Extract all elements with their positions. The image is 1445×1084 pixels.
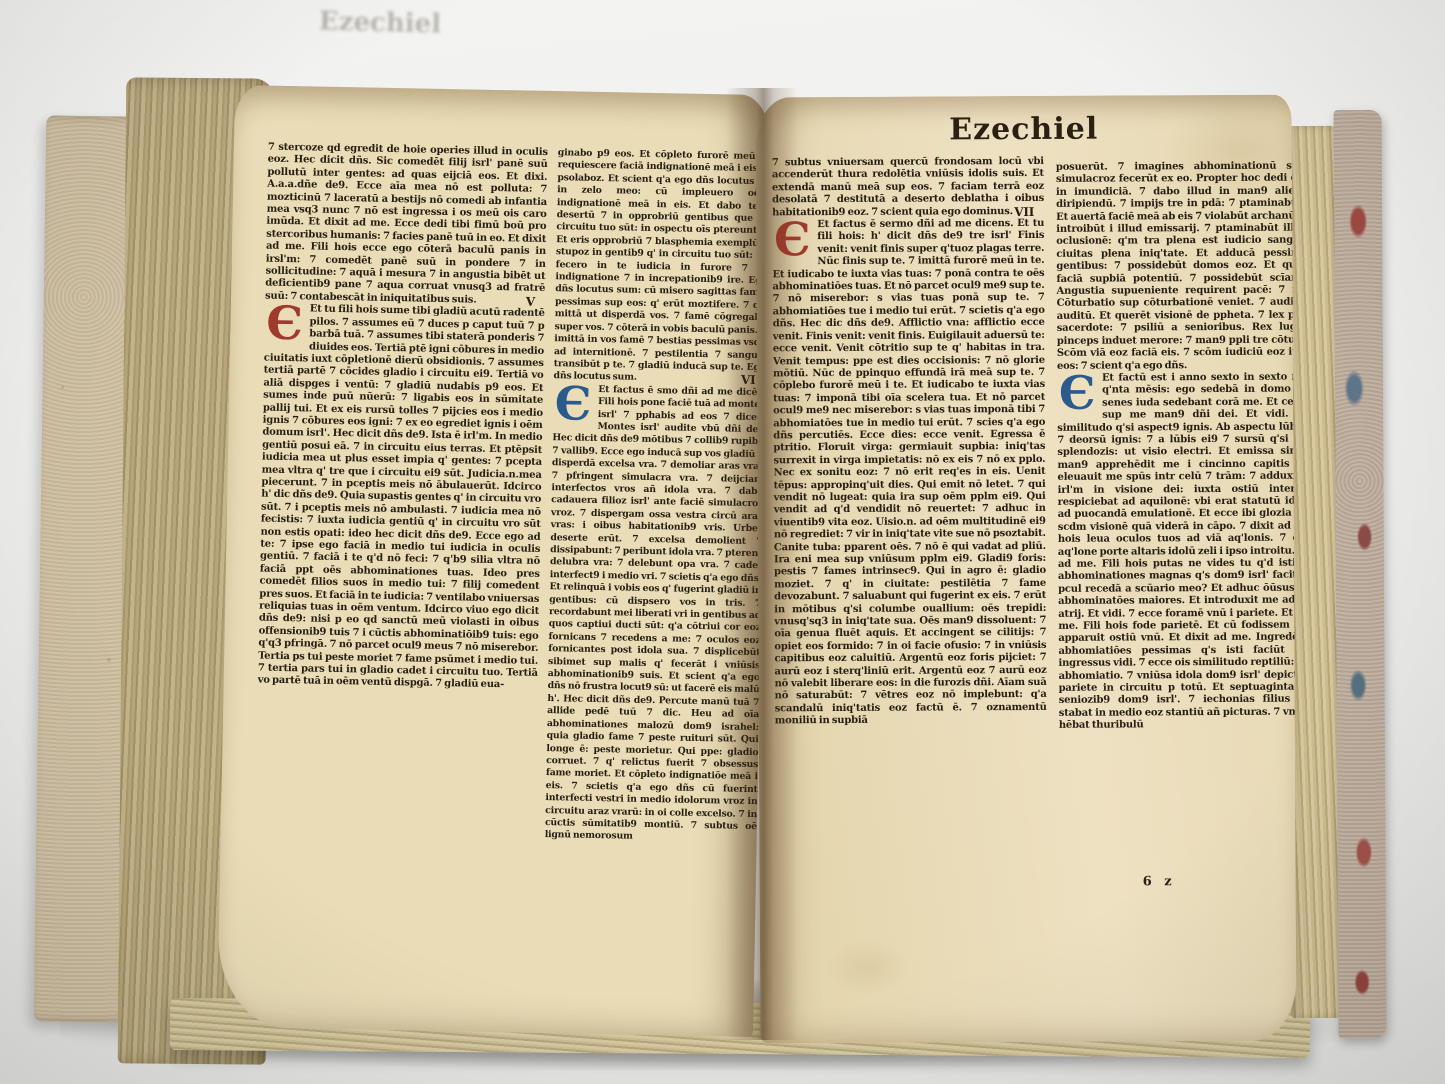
lombard-initial-blue-e: Є <box>1057 374 1097 412</box>
body-text-ezechiel-6b: 7 subtus vniuersam quercū frondosam locū… <box>772 156 1044 219</box>
right-page: Ezechiel 7 subtus vniuersam quercū frond… <box>756 95 1297 1044</box>
body-text-ezechiel-6: Et factus ē smo dñi ad me dicēs. Fili ho… <box>545 384 766 842</box>
lombard-initial-red-e: Є <box>264 304 305 343</box>
marbled-board-edge <box>1334 110 1387 1038</box>
lombard-initial-red-e: Є <box>772 220 812 258</box>
body-text-ezechiel-7b: posuerūt. 7 imagines abhominationū suarū… <box>1056 160 1297 372</box>
body-text-ezechiel-4: 7 stercoze qd egredit de hoie operies il… <box>265 142 548 309</box>
body-text-ezechiel-5: Et tu fili hois sume tibi gladiū acutū r… <box>258 304 545 691</box>
left-page-column-2: ginabo p9 eos. Et cōpleto furorē meū: 7 … <box>544 147 770 873</box>
body-text-ezechiel-8: Et factū est i anno sexto in sexto mēse … <box>1057 371 1296 731</box>
body-text-ezechiel-7: Et factus ē sermo dñi ad me dicens. Et t… <box>772 218 1046 727</box>
chapter-vii-paragraph: ЄEt factus ē sermo dñi ad me dicens. Et … <box>772 218 1047 728</box>
left-page: 7 stercoze qd egredit de hoie operies il… <box>217 85 771 1037</box>
running-title: Ezechiel <box>756 111 1292 149</box>
left-page-column-1: 7 stercoze qd egredit de hoie operies il… <box>254 142 548 869</box>
chapter-viii-paragraph: ЄEt factū est i anno sexto in sexto mēse… <box>1057 371 1297 732</box>
chapter-vi-paragraph: ЄEt factus ē smo dñi ad me dicēs. Fili h… <box>545 383 766 846</box>
photo-of-open-incunabulum: Ezechiel 7 stercoze qd egredit de hoie o… <box>0 0 1445 1084</box>
lombard-initial-blue-e: Є <box>553 384 594 423</box>
gathering-signature: 6 z <box>1143 874 1176 889</box>
right-page-column-2: posuerūt. 7 imagines abhominationū suarū… <box>1056 160 1297 877</box>
body-text-ezechiel-5b: ginabo p9 eos. Et cōpleto furorē meū: 7 … <box>553 147 769 387</box>
chapter-v-paragraph: ЄEt tu fili hois sume tibi gladiū acutū … <box>258 303 545 693</box>
right-page-column-1: 7 subtus vniuersam quercū frondosam locū… <box>772 156 1048 873</box>
running-title-showthrough: Ezechiel <box>230 4 531 41</box>
